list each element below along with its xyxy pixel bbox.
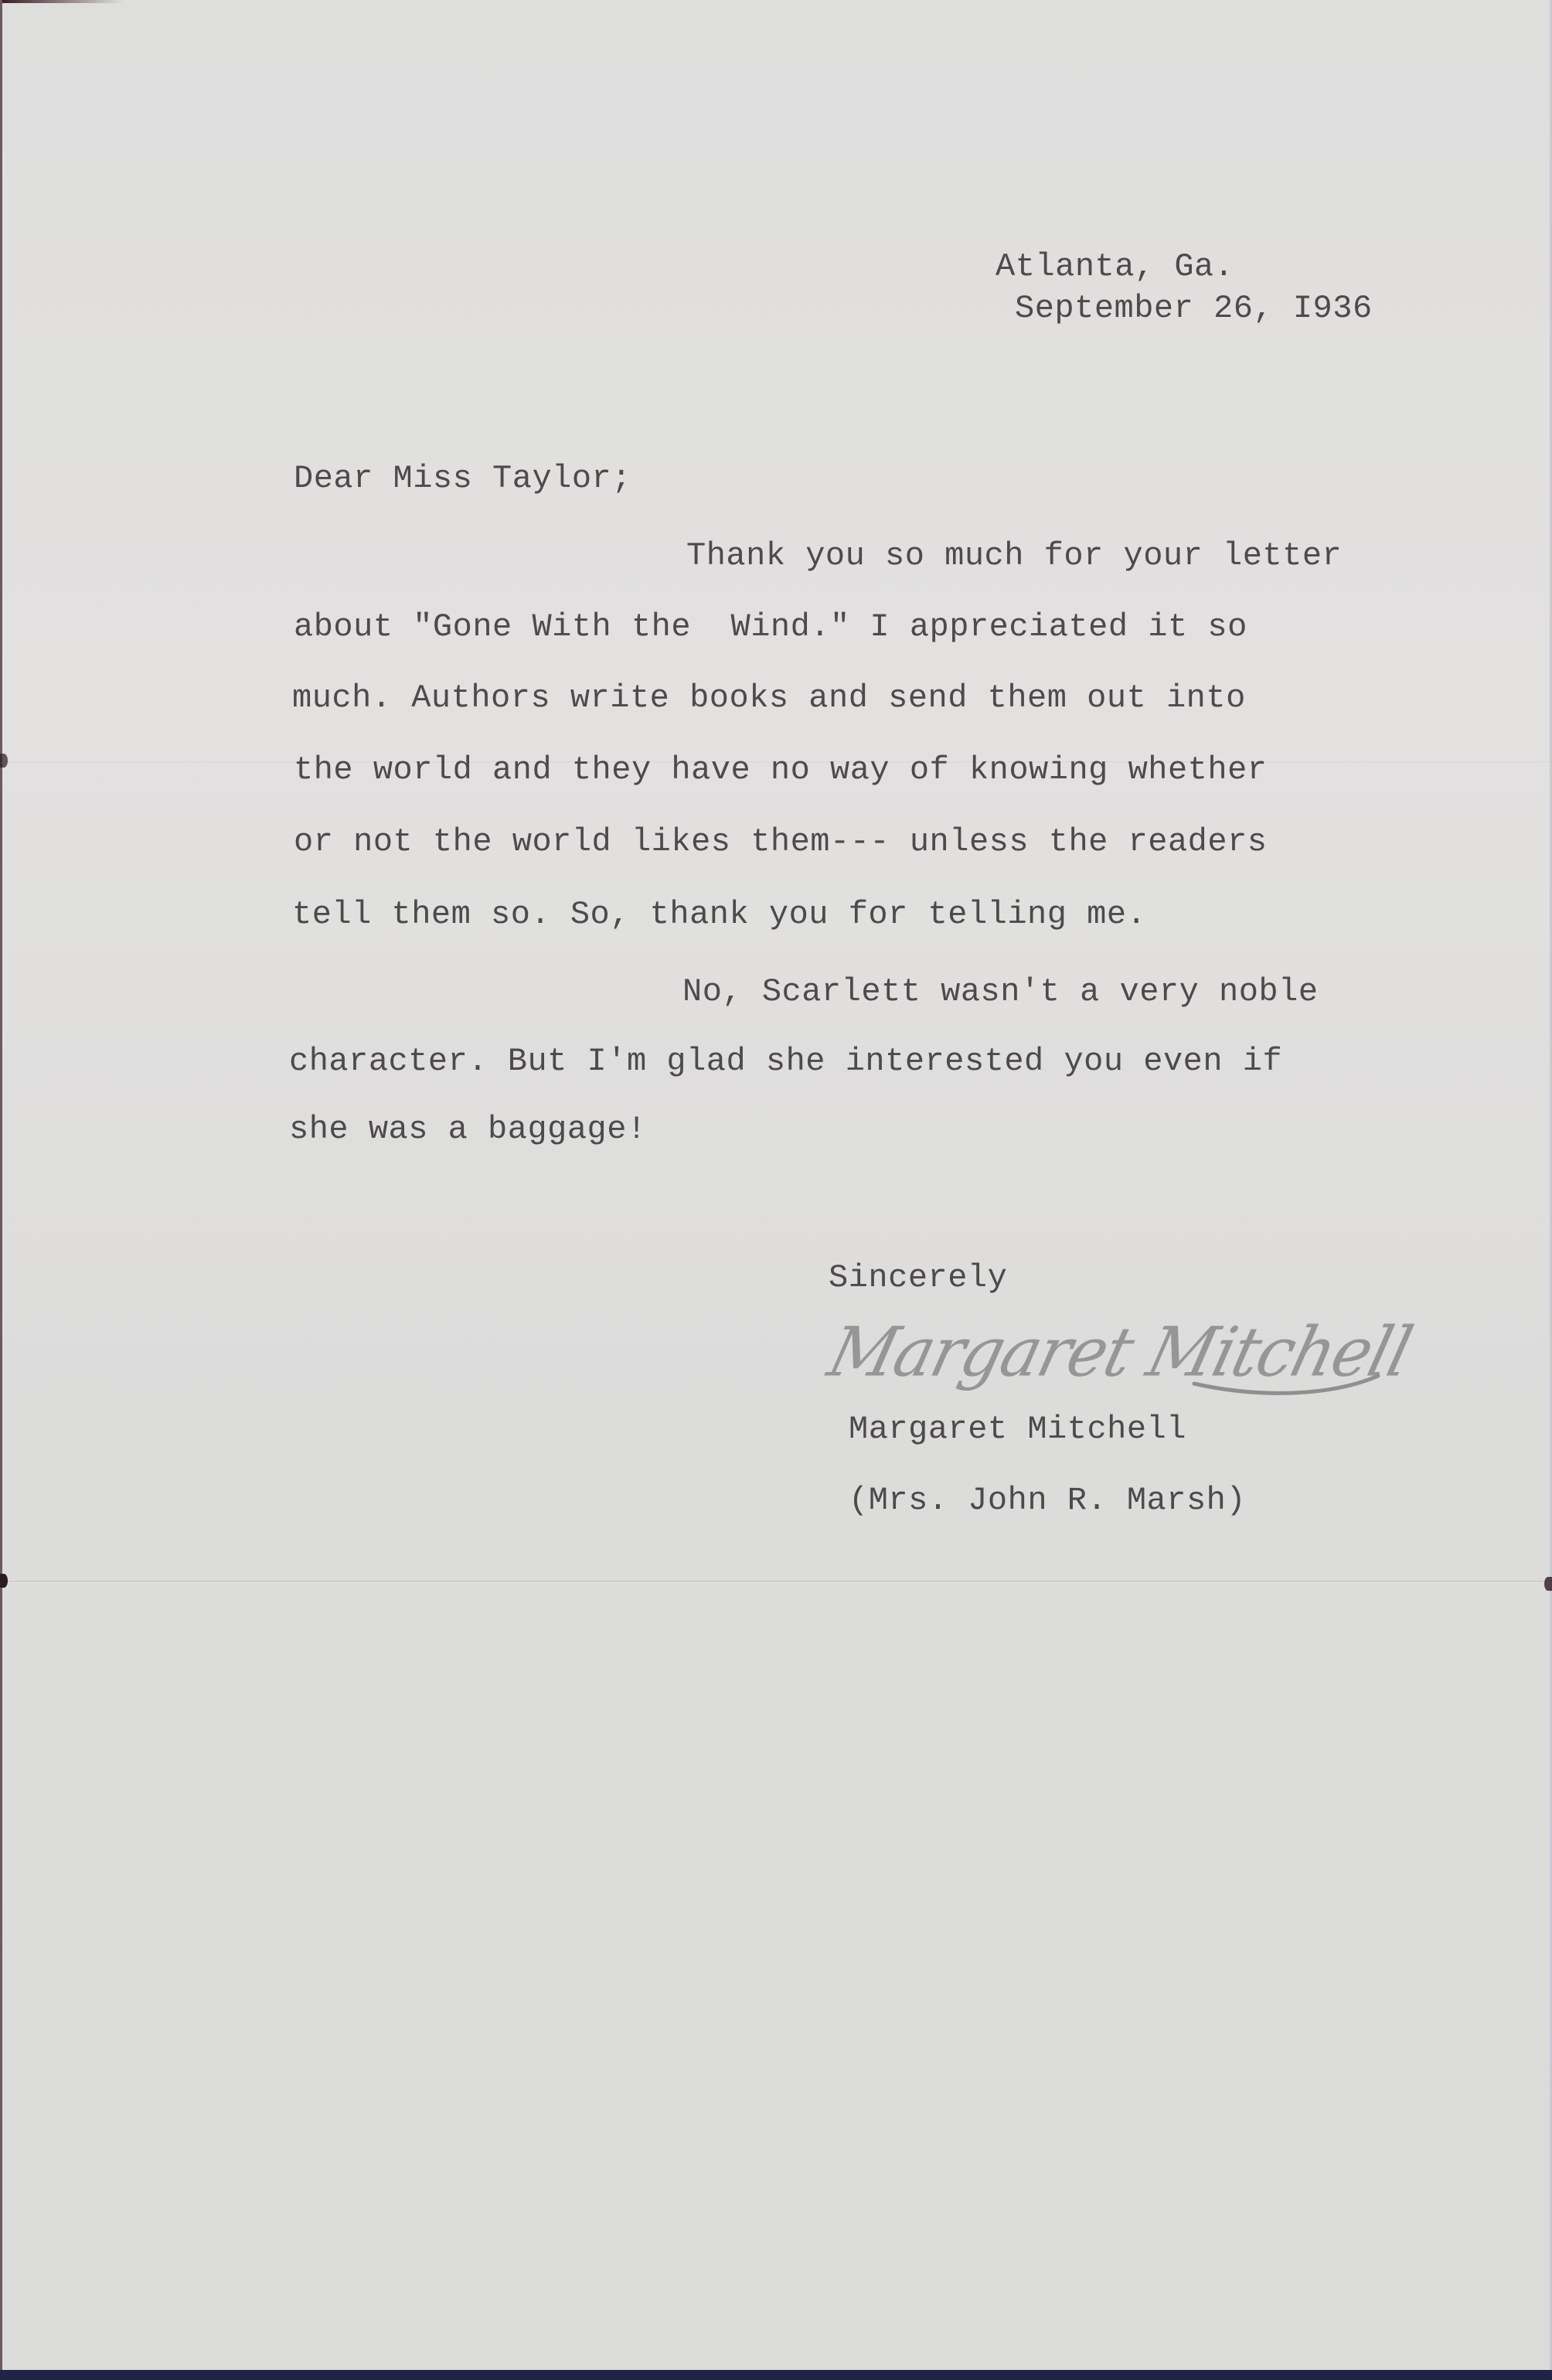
paper-top-edge-shadow bbox=[0, 0, 124, 3]
letter-place: Atlanta, Ga. bbox=[996, 250, 1234, 283]
typed-alias: (Mrs. John R. Marsh) bbox=[849, 1484, 1246, 1517]
typed-name: Margaret Mitchell bbox=[849, 1413, 1186, 1445]
body-line-5: or not the world likes them--- unless th… bbox=[294, 826, 1268, 858]
letter-page: Atlanta, Ga. September 26, I936 Dear Mis… bbox=[0, 0, 1552, 2370]
lower-fold-line bbox=[0, 1581, 1552, 1583]
background-strip bbox=[0, 2370, 1552, 2380]
body-line-2: about "Gone With the Wind." I appreciate… bbox=[294, 611, 1247, 643]
body-line-3: much. Authors write books and send them … bbox=[292, 682, 1246, 714]
upper-fold-notch bbox=[0, 754, 8, 768]
lower-fold-notch-right bbox=[1544, 1577, 1552, 1591]
salutation: Dear Miss Taylor; bbox=[294, 462, 631, 495]
body-line-4: the world and they have no way of knowin… bbox=[294, 754, 1268, 786]
body-line-9: she was a baggage! bbox=[289, 1113, 647, 1146]
handwritten-signature: Margaret Mitchell bbox=[831, 1283, 1387, 1415]
body-line-1: Thank you so much for your letter bbox=[686, 540, 1342, 572]
lower-fold-notch-left bbox=[0, 1574, 8, 1588]
body-line-6: tell them so. So, thank you for telling … bbox=[292, 898, 1146, 931]
body-line-7: No, Scarlett wasn't a very noble bbox=[682, 975, 1319, 1008]
letter-date: September 26, I936 bbox=[1015, 292, 1373, 325]
signature-text: Margaret Mitchell bbox=[821, 1313, 1418, 1392]
paper-left-edge bbox=[0, 0, 2, 2370]
body-line-8: character. But I'm glad she interested y… bbox=[289, 1045, 1282, 1078]
